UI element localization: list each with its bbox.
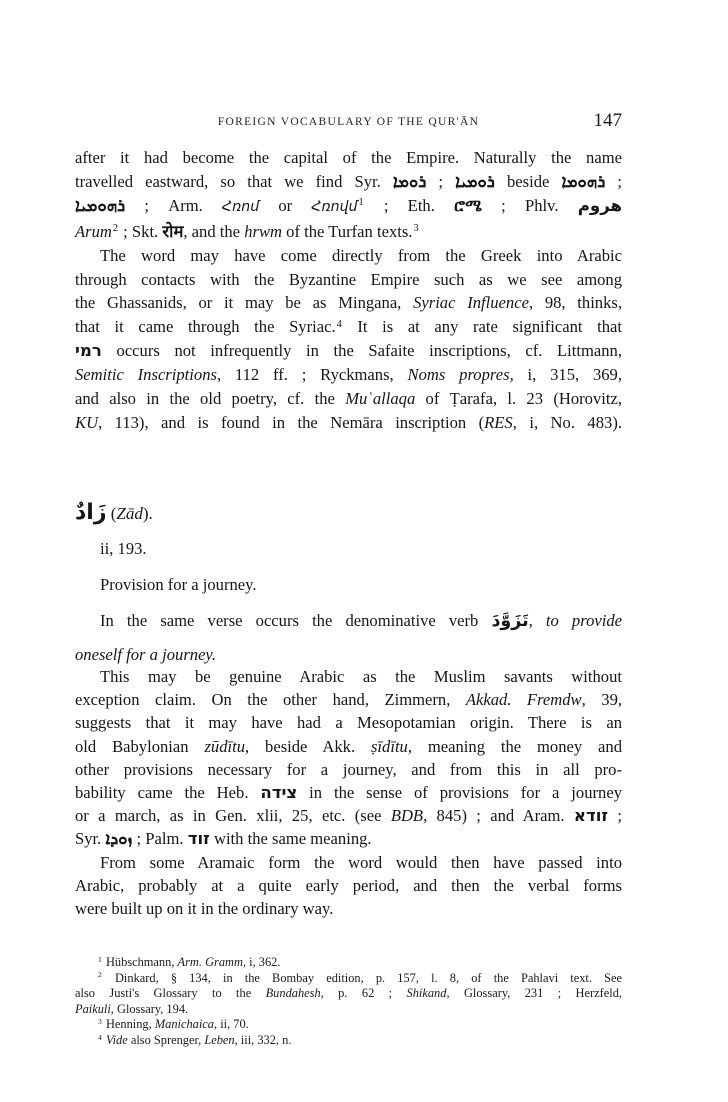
armenian-text: Հռովմ bbox=[311, 199, 357, 215]
text-run: , iii, 332, n. bbox=[235, 1033, 292, 1047]
italic-text: Vide bbox=[106, 1033, 128, 1047]
entry-paragraph-discussion: This may be genuine Arabic as the Muslim… bbox=[75, 665, 622, 920]
text-run: other provisions necessary for a journey… bbox=[75, 760, 622, 779]
text-line: were built up on it in the ordinary way. bbox=[75, 897, 622, 920]
text-run: the Ghassanids, or it may be as Mingana, bbox=[75, 293, 413, 312]
text-run: suggests that it may have had a Mesopota… bbox=[75, 713, 622, 732]
text-run: also Sprenger, bbox=[128, 1033, 205, 1047]
italic-text: Zād bbox=[116, 504, 142, 523]
page-number: 147 bbox=[594, 110, 623, 132]
hebrew-text: זודא bbox=[574, 806, 608, 825]
text-run: ; Phlv. bbox=[482, 196, 578, 215]
text-run: From some Aramaic form the word would th… bbox=[100, 853, 622, 872]
hebrew-text: זוד bbox=[188, 829, 210, 848]
text-line: and also in the old poetry, cf. the Muʿa… bbox=[75, 387, 622, 411]
text-line: This may be genuine Arabic as the Muslim… bbox=[75, 665, 622, 688]
text-line: 4 Vide also Sprenger, Leben, iii, 332, n… bbox=[75, 1033, 622, 1049]
text-run: travelled eastward, so that we find Syr. bbox=[75, 172, 393, 191]
text-line: Arum2 ; Skt. रोम, and the hrwm of the Tu… bbox=[75, 220, 622, 244]
footnotes: 1 Hübschmann, Arm. Gramm, i, 362.2 Dinka… bbox=[75, 955, 622, 1049]
text-line: In the same verse occurs the denominativ… bbox=[75, 604, 622, 638]
text-run: , i, No. 483). bbox=[513, 413, 622, 432]
text-run: ; Skt. bbox=[119, 222, 162, 241]
syriac-text: ܙܘܕܐ bbox=[105, 829, 132, 848]
italic-text: Noms propres bbox=[408, 365, 510, 384]
book-page: FOREIGN VOCABULARY OF THE QUR'ĀN 147 aft… bbox=[0, 0, 728, 1102]
text-line: travelled eastward, so that we find Syr.… bbox=[75, 170, 622, 194]
text-run: ; Eth. bbox=[365, 196, 454, 215]
hebrew-text: צידה bbox=[260, 783, 297, 802]
text-run: , meaning the money and bbox=[408, 737, 622, 756]
italic-text: Paikuli bbox=[75, 1002, 111, 1016]
text-line: bability came the Heb. צידה in the sense… bbox=[75, 781, 622, 804]
syriac-text: ܪܘܡܐ bbox=[393, 172, 426, 191]
text-line: 3 Henning, Manichaica, ii, 70. bbox=[75, 1017, 622, 1033]
text-run: ; bbox=[605, 172, 622, 191]
text-run: , 112 ff. ; Ryckmans, bbox=[217, 365, 408, 384]
text-line: רמי occurs not infrequently in the Safai… bbox=[75, 339, 622, 363]
text-run: , 98, thinks, bbox=[529, 293, 622, 312]
text-line: Arabic, probably at a quite early period… bbox=[75, 874, 622, 897]
text-run: ; Arm. bbox=[125, 196, 222, 215]
footnote-ref-marker: 3 bbox=[412, 223, 419, 234]
italic-text: BDB bbox=[391, 806, 423, 825]
hebrew-text: רמי bbox=[75, 341, 102, 360]
text-run: ( bbox=[107, 504, 117, 523]
text-run: ; bbox=[426, 172, 455, 191]
text-run: Henning, bbox=[103, 1017, 155, 1031]
text-line: old Babylonian zūdītu, beside Akk. ṣīdīt… bbox=[75, 735, 622, 758]
italic-text: Bundahesh bbox=[266, 986, 321, 1000]
text-line: From some Aramaic form the word would th… bbox=[75, 851, 622, 874]
text-line: ܪܗܘܡܝܐ ; Arm. Հռոմ or Հռովմ1 ; Eth. ሮሜ ;… bbox=[75, 194, 622, 220]
text-run: Hübschmann, bbox=[103, 955, 178, 969]
text-run: , Glossary, 231 ; Herzfeld, bbox=[446, 986, 622, 1000]
italic-text: oneself for a journey. bbox=[75, 645, 216, 664]
text-line: the Ghassanids, or it may be as Mingana,… bbox=[75, 291, 622, 315]
text-run: It is at any rate significant that bbox=[343, 317, 622, 336]
italic-text: Manichaica bbox=[155, 1017, 214, 1031]
arabic-text: تَزَوَّدَ bbox=[491, 611, 528, 631]
italic-text: RES bbox=[484, 413, 513, 432]
text-run: , 39, bbox=[582, 690, 622, 709]
pahlavi-text: هروم bbox=[578, 196, 622, 215]
text-run: were built up on it in the ordinary way. bbox=[75, 899, 333, 918]
entry-gloss: Provision for a journey. bbox=[75, 573, 622, 597]
italic-text: ṣīdītu bbox=[371, 737, 408, 756]
text-run: , 845) ; and Aram. bbox=[423, 806, 574, 825]
entry-headword: زَادٌ (Zād). bbox=[75, 498, 622, 529]
italic-text: Syriac Influence bbox=[413, 293, 529, 312]
text-line: after it had become the capital of the E… bbox=[75, 146, 622, 170]
text-run: ). bbox=[143, 504, 153, 523]
footnote-ref-marker: 4 bbox=[336, 319, 343, 330]
text-line: exception claim. On the other hand, Zimm… bbox=[75, 688, 622, 711]
syriac-text: ܪܗܘܡܝܐ bbox=[75, 196, 125, 215]
text-run: , i, 362. bbox=[243, 955, 281, 969]
text-line: Semitic Inscriptions, 112 ff. ; Ryckmans… bbox=[75, 363, 622, 387]
text-run: , ii, 70. bbox=[214, 1017, 249, 1031]
text-line: also Justi's Glossary to the Bundahesh, … bbox=[75, 986, 622, 1002]
entry-paragraph-verb: In the same verse occurs the denominativ… bbox=[75, 604, 622, 672]
running-header: FOREIGN VOCABULARY OF THE QUR'ĀN 147 bbox=[75, 110, 622, 136]
italic-text: to provide bbox=[546, 611, 622, 630]
syriac-text: ܪܘܡܝܐ bbox=[455, 172, 495, 191]
text-line: other provisions necessary for a journey… bbox=[75, 758, 622, 781]
text-line: KU, 113), and is found in the Nemāra ins… bbox=[75, 411, 622, 435]
footnote-ref-marker: 2 bbox=[112, 223, 119, 234]
text-run: In the same verse occurs the denominativ… bbox=[100, 611, 491, 630]
text-line: Syr. ܙܘܕܐ ; Palm. זוד with the same mean… bbox=[75, 827, 622, 850]
italic-text: Semitic Inscriptions bbox=[75, 365, 217, 384]
italic-text: Muʿallaqa bbox=[345, 389, 415, 408]
text-run: ; bbox=[608, 806, 622, 825]
arabic-text: زَادٌ bbox=[75, 500, 107, 525]
text-run: of Ṭarafa, l. 23 (Horovitz, bbox=[415, 389, 622, 408]
text-line: Paikuli, Glossary, 194. bbox=[75, 1002, 622, 1018]
text-line: suggests that it may have had a Mesopota… bbox=[75, 711, 622, 734]
text-run: , bbox=[529, 611, 546, 630]
text-run: after it had become the capital of the E… bbox=[75, 148, 622, 167]
footnote-ref-marker: 1 bbox=[358, 197, 365, 208]
text-line: 1 Hübschmann, Arm. Gramm, i, 362. bbox=[75, 955, 622, 971]
text-run: Syr. bbox=[75, 829, 105, 848]
text-run: that it came through the Syriac. bbox=[75, 317, 336, 336]
ethiopic-text: ሮሜ bbox=[454, 196, 482, 215]
italic-text: zūdītu bbox=[204, 737, 245, 756]
text-run: , Glossary, 194. bbox=[111, 1002, 188, 1016]
text-run: of the Turfan texts. bbox=[282, 222, 412, 241]
italic-text: Akkad. Fremdw bbox=[466, 690, 582, 709]
text-run: , and the bbox=[183, 222, 244, 241]
text-line: that it came through the Syriac.4 It is … bbox=[75, 315, 622, 339]
text-run: and also in the old poetry, cf. the bbox=[75, 389, 345, 408]
italic-text: Shikand bbox=[407, 986, 447, 1000]
text-line: The word may have come directly from the… bbox=[75, 244, 622, 268]
text-run: through contacts with the Byzantine Empi… bbox=[75, 270, 622, 289]
text-run: , p. 62 ; bbox=[321, 986, 407, 1000]
text-line: or a march, as in Gen. xlii, 25, etc. (s… bbox=[75, 804, 622, 827]
text-run: old Babylonian bbox=[75, 737, 204, 756]
text-run: also Justi's Glossary to the bbox=[75, 986, 266, 1000]
italic-text: KU bbox=[75, 413, 98, 432]
text-run: Arabic, probably at a quite early period… bbox=[75, 876, 622, 895]
text-run: bability came the Heb. bbox=[75, 783, 260, 802]
text-run: in the sense of provisions for a journey bbox=[297, 783, 622, 802]
italic-text: Arm. Gramm bbox=[178, 955, 243, 969]
text-line: through contacts with the Byzantine Empi… bbox=[75, 268, 622, 292]
text-run: or a march, as in Gen. xlii, 25, etc. (s… bbox=[75, 806, 391, 825]
text-run: exception claim. On the other hand, Zimm… bbox=[75, 690, 466, 709]
italic-text: Leben bbox=[204, 1033, 234, 1047]
running-head-title: FOREIGN VOCABULARY OF THE QUR'ĀN bbox=[75, 116, 622, 128]
text-run: This may be genuine Arabic as the Muslim… bbox=[100, 667, 622, 686]
text-run: beside bbox=[495, 172, 562, 191]
syriac-text: ܪܗܘܡܐ bbox=[561, 172, 605, 191]
italic-text: Arum bbox=[75, 222, 112, 241]
text-run: , 113), and is found in the Nemāra inscr… bbox=[98, 413, 484, 432]
devanagari-text: रोम bbox=[162, 222, 183, 241]
text-run: , i, 315, 369, bbox=[510, 365, 622, 384]
text-run: The word may have come directly from the… bbox=[100, 246, 622, 265]
armenian-text: Հռոմ bbox=[222, 199, 259, 215]
continued-paragraphs: after it had become the capital of the E… bbox=[75, 146, 622, 435]
text-run: occurs not infrequently in the Safaite i… bbox=[102, 341, 622, 360]
text-run: or bbox=[259, 196, 311, 215]
text-run: Dinkard, § 134, in the Bombay edition, p… bbox=[103, 971, 622, 985]
text-line: 2 Dinkard, § 134, in the Bombay edition,… bbox=[75, 971, 622, 987]
footnote-ref-marker: 4 bbox=[97, 1033, 103, 1042]
entry-quran-reference: ii, 193. bbox=[75, 537, 622, 561]
text-run: with the same meaning. bbox=[210, 829, 372, 848]
text-run: ; Palm. bbox=[132, 829, 187, 848]
italic-text: hrwm bbox=[244, 222, 282, 241]
text-run: , beside Akk. bbox=[245, 737, 371, 756]
